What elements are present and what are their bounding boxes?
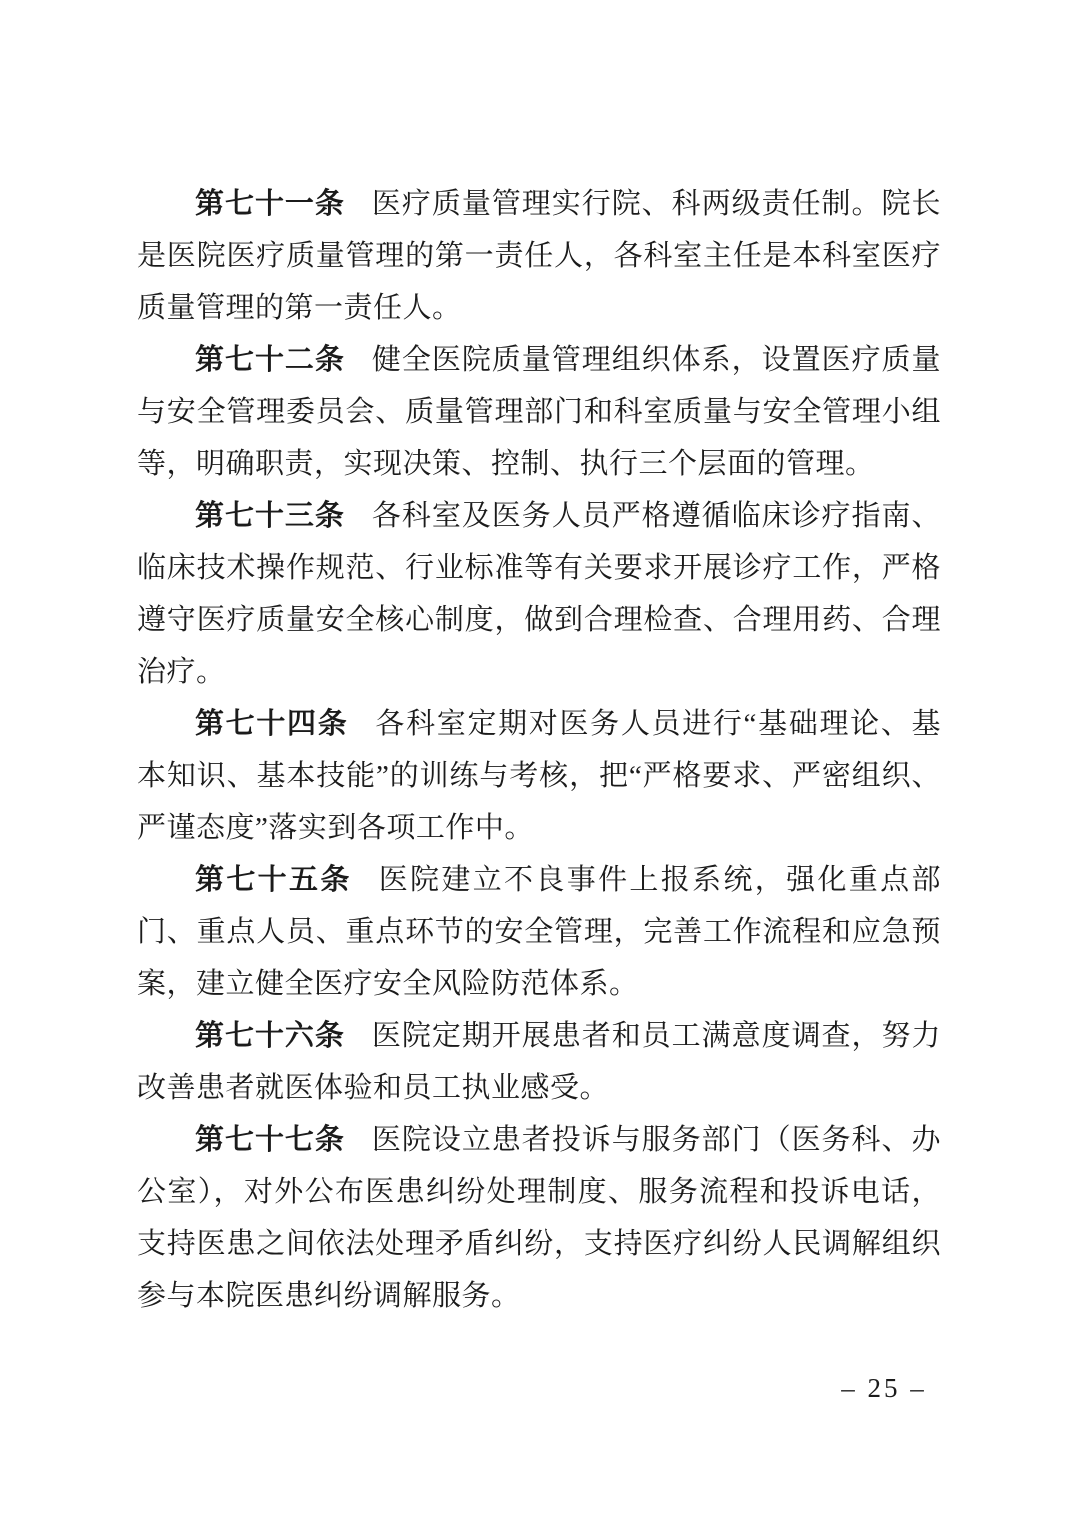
document-body: 第七十一条医疗质量管理实行院、科两级责任制。院长是医院医疗质量管理的第一责任人，… <box>137 178 941 1322</box>
article-number: 第七十五条 <box>195 864 379 896</box>
paragraph-list: 第七十一条医疗质量管理实行院、科两级责任制。院长是医院医疗质量管理的第一责任人，… <box>137 178 941 1322</box>
article-number: 第七十七条 <box>195 1124 372 1156</box>
article-paragraph: 第七十五条医院建立不良事件上报系统，强化重点部门、重点人员、重点环节的安全管理，… <box>137 854 941 1010</box>
article-number: 第七十三条 <box>195 500 372 532</box>
article-number: 第七十四条 <box>195 708 375 740</box>
article-paragraph: 第七十四条各科室定期对医务人员进行“基础理论、基本知识、基本技能”的训练与考核，… <box>137 698 941 854</box>
page-number: – 25 – <box>824 1368 944 1408</box>
article-number: 第七十一条 <box>195 188 372 220</box>
article-number: 第七十六条 <box>195 1020 372 1052</box>
article-paragraph: 第七十七条医院设立患者投诉与服务部门（医务科、办公室），对外公布医患纠纷处理制度… <box>137 1114 941 1322</box>
article-paragraph: 第七十六条医院定期开展患者和员工满意度调查，努力改善患者就医体验和员工执业感受。 <box>137 1010 941 1114</box>
article-paragraph: 第七十二条健全医院质量管理组织体系，设置医疗质量与安全管理委员会、质量管理部门和… <box>137 334 941 490</box>
article-paragraph: 第七十一条医疗质量管理实行院、科两级责任制。院长是医院医疗质量管理的第一责任人，… <box>137 178 941 334</box>
document-page: 第七十一条医疗质量管理实行院、科两级责任制。院长是医院医疗质量管理的第一责任人，… <box>0 0 1074 1520</box>
article-number: 第七十二条 <box>195 344 372 376</box>
article-paragraph: 第七十三条各科室及医务人员严格遵循临床诊疗指南、临床技术操作规范、行业标准等有关… <box>137 490 941 698</box>
